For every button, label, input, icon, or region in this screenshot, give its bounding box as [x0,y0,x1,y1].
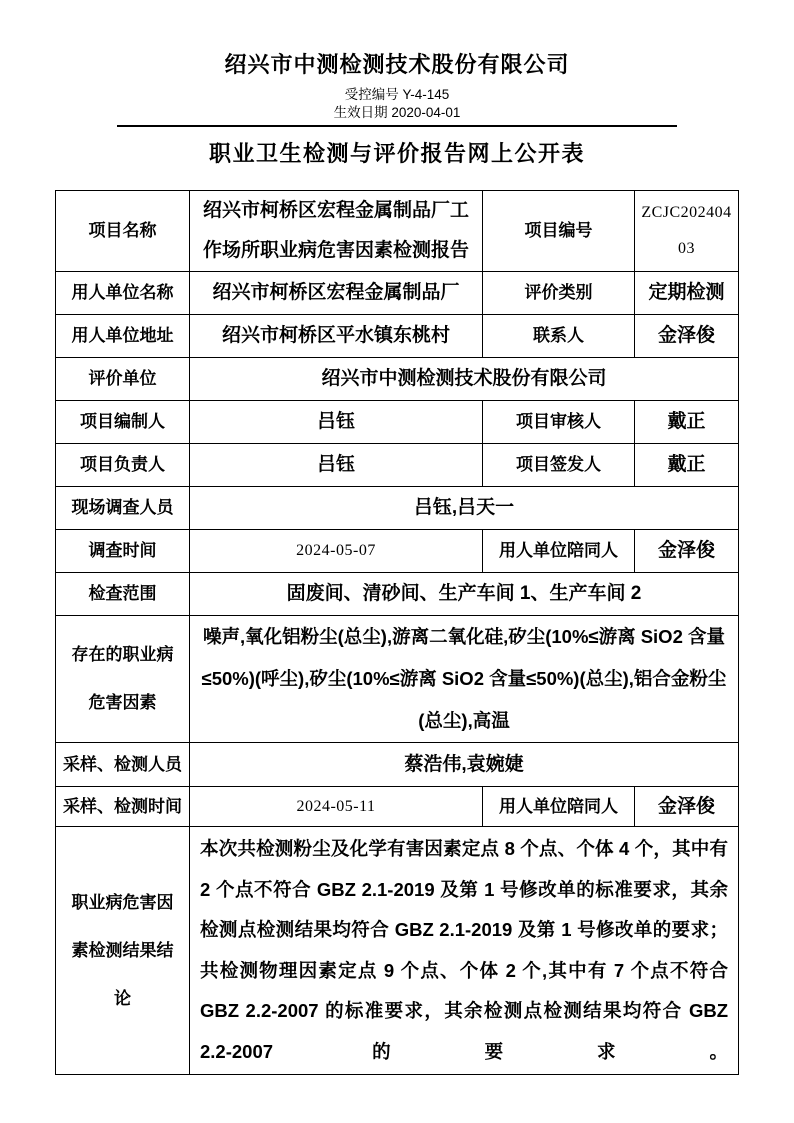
site-survey-staff-label: 现场调查人员 [56,487,190,530]
compiler-label: 项目编制人 [56,401,190,444]
compiler-value: 吕钰 [190,401,483,444]
conclusion-label: 职业病危害因 素检测结果结 论 [56,827,190,1075]
row-employer-address: 用人单位地址 绍兴市柯桥区平水镇东桃村 联系人 金泽俊 [56,315,739,358]
employer-address-value: 绍兴市柯桥区平水镇东桃村 [190,315,483,358]
row-conclusion: 职业病危害因 素检测结果结 论 本次共检测粉尘及化学有害因素定点 8 个点、个体… [56,827,739,1075]
evaluation-org-label: 评价单位 [56,358,190,401]
evaluation-type-value: 定期检测 [635,272,739,315]
row-survey-date: 调查时间 2024-05-07 用人单位陪同人 金泽俊 [56,530,739,573]
row-sampling-staff: 采样、检测人员 蔡浩伟,袁婉婕 [56,743,739,787]
project-no-label: 项目编号 [483,191,635,272]
contact-person-label: 联系人 [483,315,635,358]
row-hazards: 存在的职业病 危害因素 噪声,氧化铝粉尘(总尘),游离二氧化硅,矽尘(10%≤游… [56,616,739,743]
auditor-label: 项目审核人 [483,401,635,444]
row-sampling-date: 采样、检测时间 2024-05-11 用人单位陪同人 金泽俊 [56,787,739,827]
leader-value: 吕钰 [190,444,483,487]
effective-date: 生效日期 2020-04-01 [0,104,794,122]
employer-name-label: 用人单位名称 [56,272,190,315]
row-project-name: 项目名称 绍兴市柯桥区宏程金属制品厂工 作场所职业病危害因素检测报告 项目编号 … [56,191,739,272]
sampling-staff-label: 采样、检测人员 [56,743,190,787]
row-compiler: 项目编制人 吕钰 项目审核人 戴正 [56,401,739,444]
employer-address-label: 用人单位地址 [56,315,190,358]
project-no-value: ZCJC202404 03 [635,191,739,272]
contact-person-value: 金泽俊 [635,315,739,358]
row-site-survey-staff: 现场调查人员 吕钰,吕天一 [56,487,739,530]
evaluation-type-label: 评价类别 [483,272,635,315]
leader-label: 项目负责人 [56,444,190,487]
form-title: 职业卫生检测与评价报告网上公开表 [0,139,794,169]
project-name-label: 项目名称 [56,191,190,272]
control-number: 受控编号 Y-4-145 [0,86,794,104]
row-employer-name: 用人单位名称 绍兴市柯桥区宏程金属制品厂 评价类别 定期检测 [56,272,739,315]
evaluation-org-value: 绍兴市中测检测技术股份有限公司 [190,358,739,401]
inspection-scope-value: 固废间、清砂间、生产车间 1、生产车间 2 [190,573,739,616]
survey-date-label: 调查时间 [56,530,190,573]
employer-name-value: 绍兴市柯桥区宏程金属制品厂 [190,272,483,315]
company-title: 绍兴市中测检测技术股份有限公司 [0,50,794,80]
inspection-scope-label: 检查范围 [56,573,190,616]
survey-date-value: 2024-05-07 [190,530,483,573]
document-page: 绍兴市中测检测技术股份有限公司 受控编号 Y-4-145 生效日期 2020-0… [0,0,794,1123]
sampling-date-value: 2024-05-11 [190,787,483,827]
sampling-date-label: 采样、检测时间 [56,787,190,827]
site-survey-staff-value: 吕钰,吕天一 [190,487,739,530]
sampling-escort-label: 用人单位陪同人 [483,787,635,827]
hazards-label: 存在的职业病 危害因素 [56,616,190,743]
sampling-escort-value: 金泽俊 [635,787,739,827]
issuer-label: 项目签发人 [483,444,635,487]
survey-escort-label: 用人单位陪同人 [483,530,635,573]
issuer-value: 戴正 [635,444,739,487]
auditor-value: 戴正 [635,401,739,444]
header-divider [117,125,677,127]
project-name-value: 绍兴市柯桥区宏程金属制品厂工 作场所职业病危害因素检测报告 [190,191,483,272]
row-evaluation-org: 评价单位 绍兴市中测检测技术股份有限公司 [56,358,739,401]
disclosure-table: 项目名称 绍兴市柯桥区宏程金属制品厂工 作场所职业病危害因素检测报告 项目编号 … [55,190,739,1075]
conclusion-value: 本次共检测粉尘及化学有害因素定点 8 个点、个体 4 个，其中有 2 个点不符合… [190,827,739,1075]
row-leader: 项目负责人 吕钰 项目签发人 戴正 [56,444,739,487]
survey-escort-value: 金泽俊 [635,530,739,573]
sampling-staff-value: 蔡浩伟,袁婉婕 [190,743,739,787]
hazards-value: 噪声,氧化铝粉尘(总尘),游离二氧化硅,矽尘(10%≤游离 SiO2 含量≤50… [190,616,739,743]
document-header: 绍兴市中测检测技术股份有限公司 受控编号 Y-4-145 生效日期 2020-0… [0,50,794,169]
row-inspection-scope: 检查范围 固废间、清砂间、生产车间 1、生产车间 2 [56,573,739,616]
